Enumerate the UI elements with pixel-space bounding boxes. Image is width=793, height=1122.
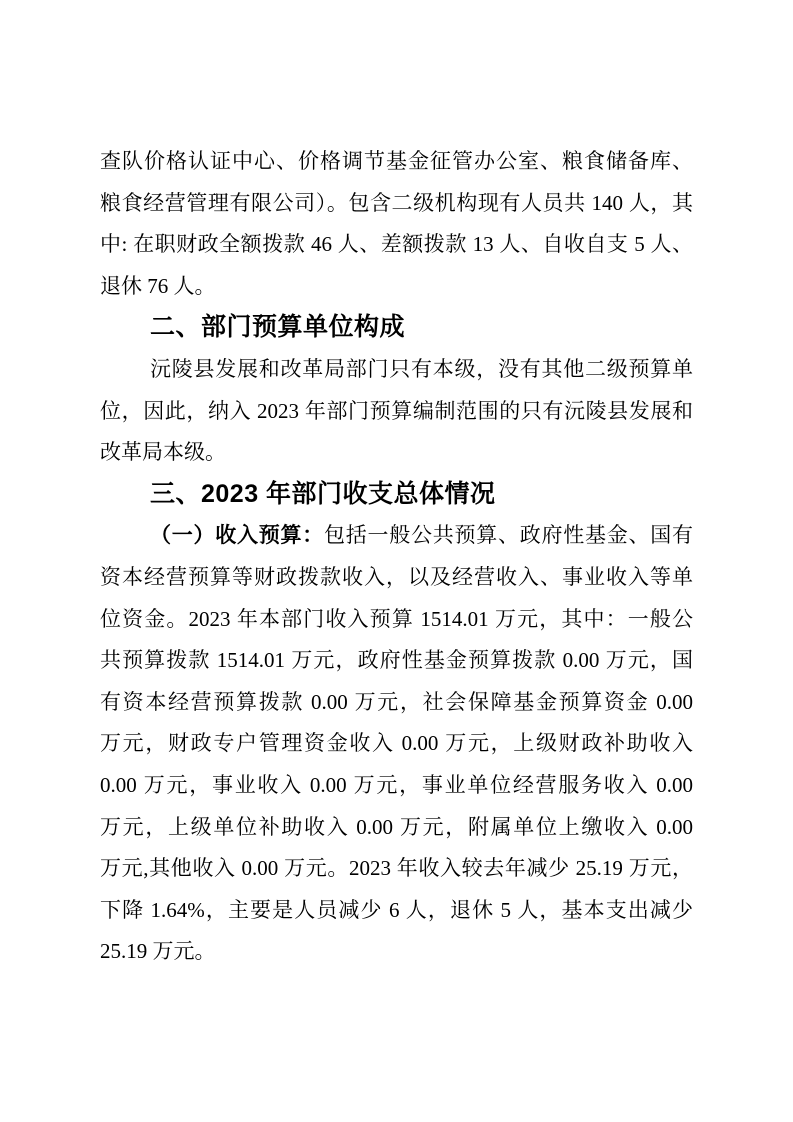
- doc-line: 退休 76 人。: [100, 266, 693, 308]
- doc-line: 万元，财政专户管理资金收入 0.00 万元，上级财政补助收入: [100, 723, 693, 765]
- doc-line: 改革局本级。: [100, 432, 693, 474]
- doc-line: 资本经营预算等财政拨款收入，以及经营收入、事业收入等单: [100, 557, 693, 599]
- section-heading-2: 二、部门预算单位构成: [100, 307, 693, 349]
- document-text-block: 查队价格认证中心、价格调节基金征管办公室、粮食储备库、 粮食经营管理有限公司）。…: [100, 141, 693, 973]
- doc-line: 0.00 万元，事业收入 0.00 万元，事业单位经营服务收入 0.00: [100, 765, 693, 807]
- doc-line: 万元，上级单位补助收入 0.00 万元，附属单位上缴收入 0.00: [100, 807, 693, 849]
- paragraph-lead-bold: （一）收入预算：: [150, 524, 324, 547]
- doc-line: 位，因此，纳入 2023 年部门预算编制范围的只有沅陵县发展和: [100, 391, 693, 433]
- doc-line: 粮食经营管理有限公司）。包含二级机构现有人员共 140 人，其: [100, 183, 693, 225]
- doc-line: 查队价格认证中心、价格调节基金征管办公室、粮食储备库、: [100, 141, 693, 183]
- doc-line: 下降 1.64%，主要是人员减少 6 人，退休 5 人，基本支出减少: [100, 890, 693, 932]
- doc-line: 有资本经营预算拨款 0.00 万元，社会保障基金预算资金 0.00: [100, 682, 693, 724]
- section-heading-3: 三、2023 年部门收支总体情况: [100, 474, 693, 516]
- doc-text: 包括一般公共预算、政府性基金、国有: [324, 523, 693, 547]
- doc-line: 25.19 万元。: [100, 931, 693, 973]
- document-page: 查队价格认证中心、价格调节基金征管办公室、粮食储备库、 粮食经营管理有限公司）。…: [0, 0, 793, 1122]
- doc-line: 中: 在职财政全额拨款 46 人、差额拨款 13 人、自收自支 5 人、: [100, 224, 693, 266]
- doc-line: 沅陵县发展和改革局部门只有本级，没有其他二级预算单: [100, 349, 693, 391]
- doc-line: （一）收入预算：包括一般公共预算、政府性基金、国有: [100, 515, 693, 557]
- doc-line: 万元,其他收入 0.00 万元。2023 年收入较去年减少 25.19 万元，: [100, 848, 693, 890]
- doc-line: 共预算拨款 1514.01 万元，政府性基金预算拨款 0.00 万元，国: [100, 640, 693, 682]
- doc-line: 位资金。2023 年本部门收入预算 1514.01 万元，其中：一般公: [100, 599, 693, 641]
